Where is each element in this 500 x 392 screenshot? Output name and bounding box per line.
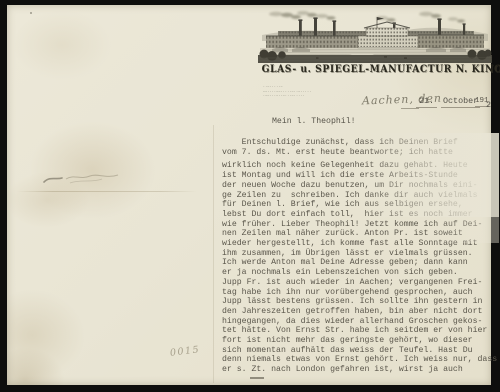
pencil-scribble [40, 164, 124, 190]
letter-line: wirklich noch keine Gelegenheit dazu geh… [222, 161, 500, 171]
letter-line: ihm zusammen, im Übrigen lässt er vielma… [222, 249, 500, 259]
letter-line: nen Zeilen mal näher zurück. Anton Pr. i… [222, 229, 500, 239]
letter-line: Ich werde Anton mal Deine Adresse geben;… [222, 258, 500, 268]
letter-line: er ja nochmals ein Lebenszeichen von sic… [222, 268, 500, 278]
letter-line: tag habe ich ihn nur vorübergehend gespr… [222, 288, 500, 298]
horizontal-crease [17, 191, 197, 192]
fine-print-line: ·––···–··–···–····· [263, 93, 353, 98]
end-dash-mark [250, 377, 264, 379]
scanned-letter-photo: GLAS- u. SPIEGEL-MANUFACTUR N. KINON ··–… [0, 0, 500, 392]
letter-line: Entschuldige zunächst, dass ich Deinen B… [222, 138, 500, 148]
letter-line: der neuen Woche dazu benutzen, um Dir no… [222, 181, 500, 191]
pencil-archive-number: 0015 [169, 344, 200, 359]
letter-paper: GLAS- u. SPIEGEL-MANUFACTUR N. KINON ··–… [7, 5, 491, 385]
company-title: GLAS- u. SPIEGEL-MANUFACTUR N. KINON [262, 63, 477, 75]
salutation: Mein l. Theophil! [272, 117, 356, 126]
date-year-suffix: 2 [486, 100, 491, 110]
letter-line: wie früher. Lieber Theophil! Jetzt komme… [222, 220, 500, 230]
letter-line: fort ist nicht mehr das geringste gehört… [222, 336, 500, 346]
paper-speck [30, 12, 32, 14]
letter-line: er s. Zt. nach London gefahren ist, wirs… [222, 365, 500, 375]
letter-line: Jupp lässt bestens grüssen. Ich sollte i… [222, 297, 500, 307]
letter-line: wieder hergestellt, ich komme fast alle … [222, 239, 500, 249]
letter-line: hingegangen, da dies wieder allerhand Gr… [222, 317, 500, 327]
letter-line: vom 7. ds. Mt. erst heute beantworte; ic… [222, 148, 500, 158]
letter-line: denn niemals etwas von Ernst gehört. Ich… [222, 355, 500, 365]
letterhead-fine-print: ··–·····– ––····––·····–··–····· ·––···–… [263, 84, 353, 98]
date-day: 21. [416, 96, 437, 108]
letter-line: ge Zeilen zu schreiben. Ich danke dir au… [222, 191, 500, 201]
letter-line: für Deinen l. Brief, wie ich aus selbige… [222, 200, 500, 210]
vertical-crease [213, 125, 214, 383]
letter-line: lebst Du dort einfach toll, hier ist es … [222, 210, 500, 220]
letter-line: tet hätte. Von Ernst Str. habe ich seitd… [222, 326, 500, 336]
letter-line: Jupp Fr. ist auch wieder in Aachen; verg… [222, 278, 500, 288]
letter-body: Entschuldige zunächst, dass ich Deinen B… [222, 138, 500, 375]
letter-line: sich momentan aufhält das weiss der Teuf… [222, 346, 500, 356]
date-rule [401, 108, 419, 109]
letter-line: ist Montag und will ich die erste Arbeit… [222, 171, 500, 181]
letter-line: den Jahreszeiten getroffen haben, bin ab… [222, 307, 500, 317]
factory-illustration [258, 9, 492, 63]
